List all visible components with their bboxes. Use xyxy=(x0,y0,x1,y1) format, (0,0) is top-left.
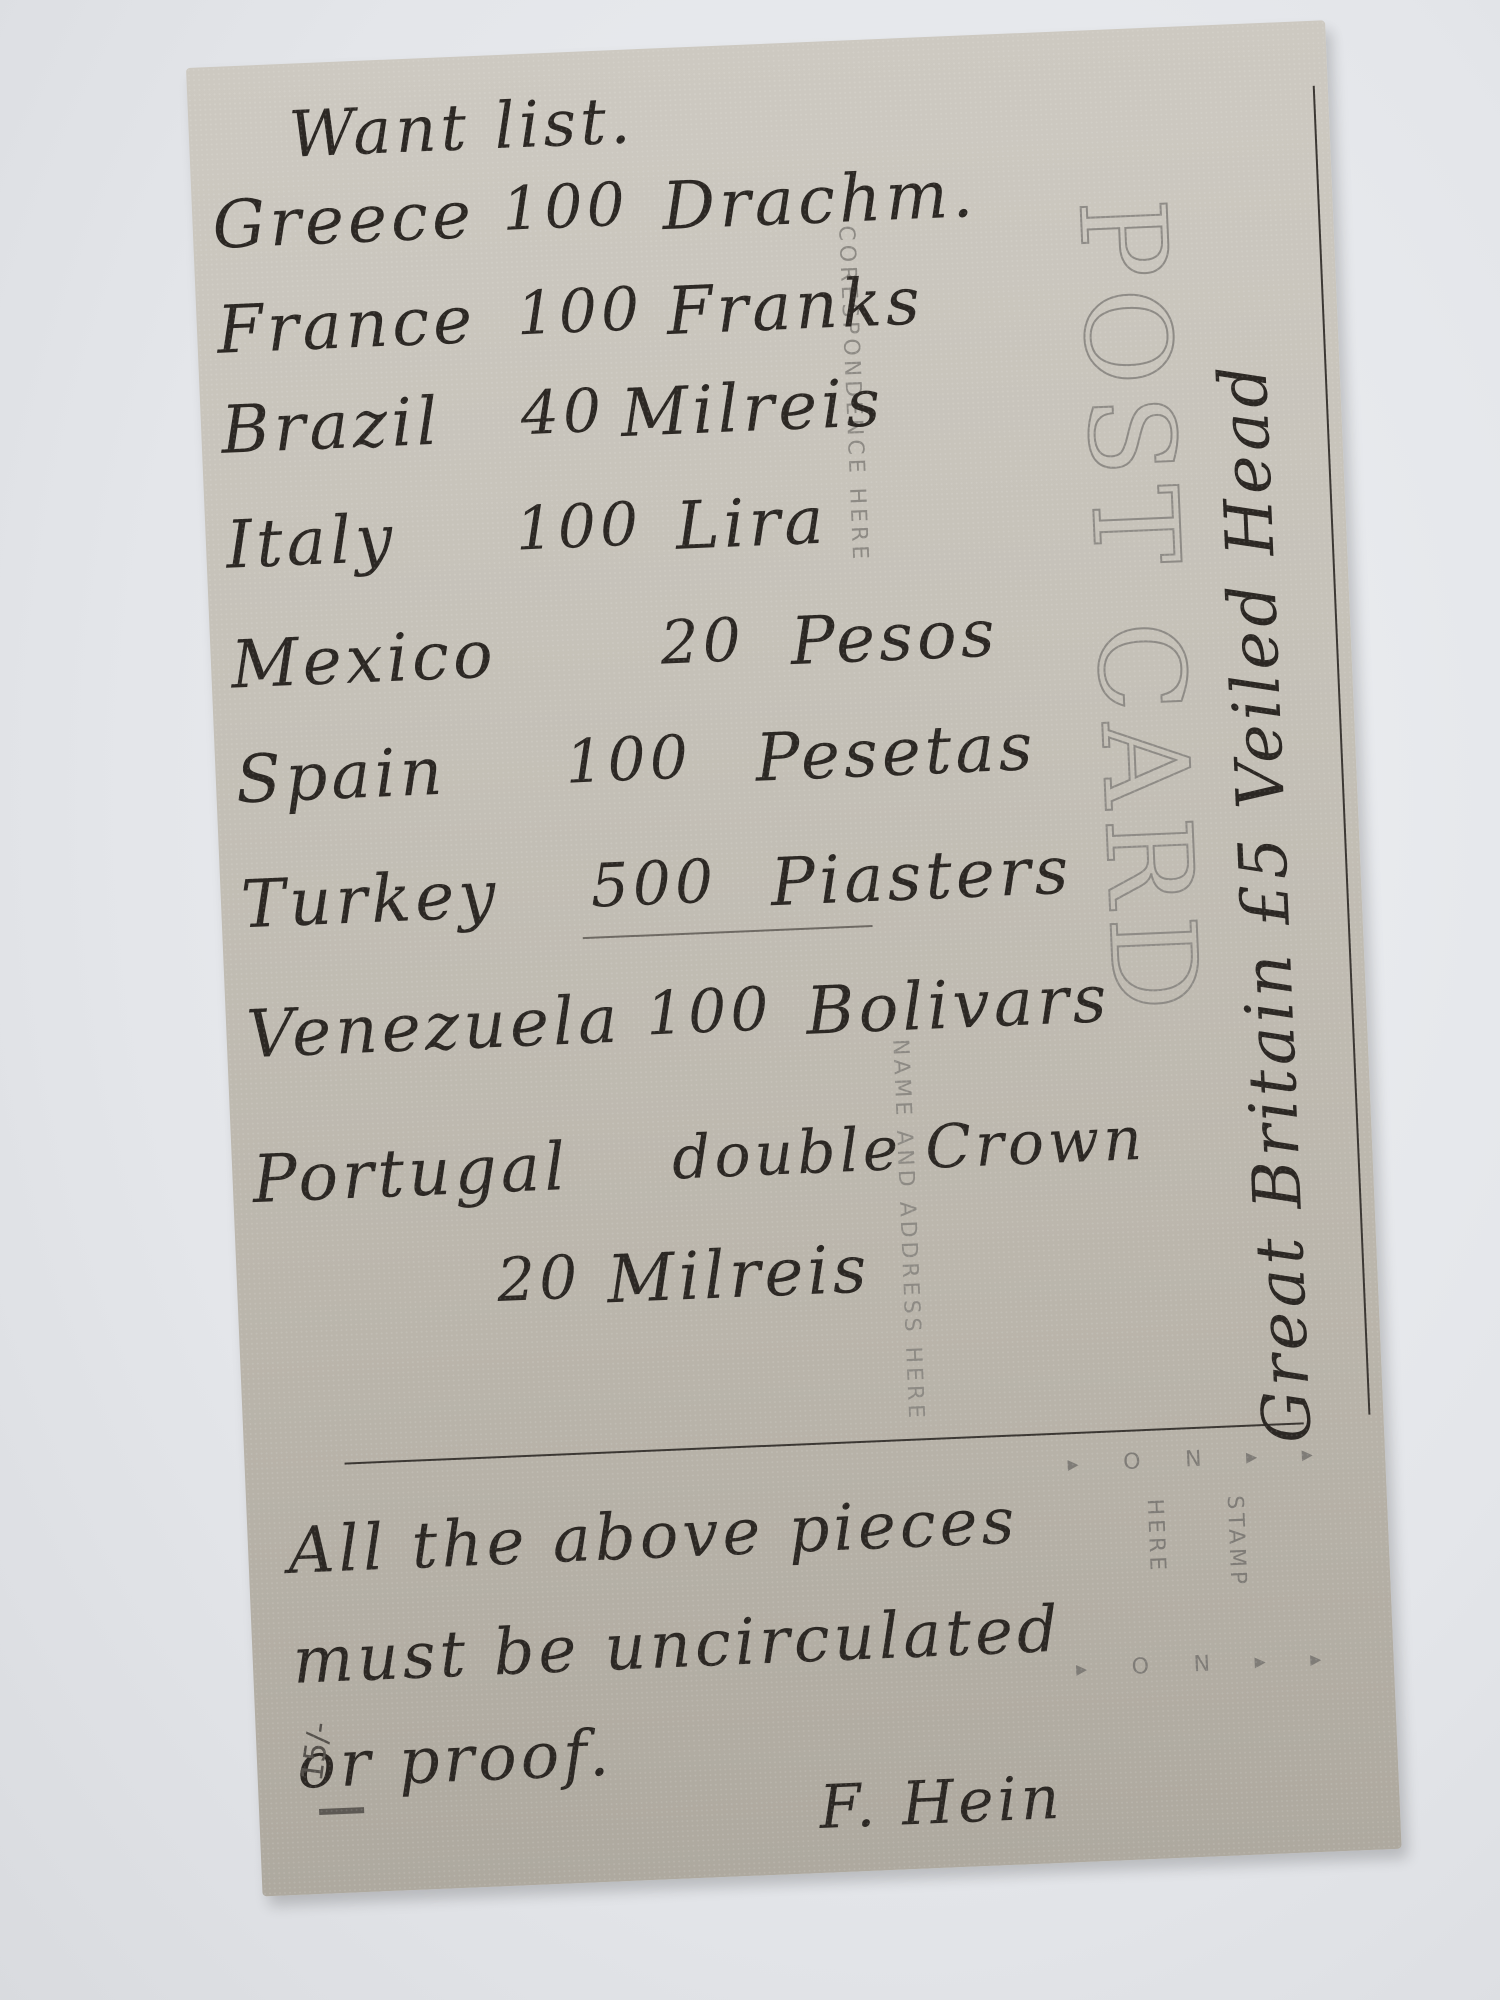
country: Mexico xyxy=(229,616,498,704)
unit: Bolivars xyxy=(804,960,1111,1050)
country: France xyxy=(215,281,477,369)
unit: Pesos xyxy=(789,595,1000,681)
unit: Milreis xyxy=(606,1230,872,1318)
stamp-border-top: ▸ O N ▸ ▸ xyxy=(1045,1441,1336,1478)
unit: Franks xyxy=(665,262,925,350)
amount: double Crown xyxy=(671,1104,1148,1194)
country: Brazil xyxy=(220,383,443,469)
country: Spain xyxy=(234,733,447,819)
stamp-border-bottom: ▸ O N ▸ ▸ xyxy=(1053,1646,1344,1683)
unit: Pesetas xyxy=(754,708,1038,797)
country: Turkey xyxy=(239,856,500,944)
stamp-text-here: HERE xyxy=(1142,1498,1170,1575)
unit: Drachm. xyxy=(661,155,979,245)
address-divider-line xyxy=(1313,86,1371,1415)
amount: 20 xyxy=(496,1243,583,1316)
country: Greece xyxy=(211,176,476,264)
country: Portugal xyxy=(251,1128,571,1218)
amount: 20 xyxy=(659,605,746,678)
footer-line: All the above pieces xyxy=(287,1484,1020,1589)
signature: F. Hein xyxy=(818,1763,1065,1843)
amount: 100 xyxy=(564,722,693,797)
unit: Piasters xyxy=(769,832,1074,922)
amount: 100 xyxy=(515,274,644,349)
stamp-box: ▸ O N ▸ ▸ HERE STAMP ▸ O N ▸ ▸ xyxy=(1045,1441,1344,1683)
country: Italy xyxy=(224,500,397,584)
footer-line: must be uncirculated xyxy=(291,1593,1063,1699)
pencil-underline xyxy=(319,1807,364,1815)
amount: 40 xyxy=(519,376,606,449)
country: Venezuela xyxy=(245,981,623,1074)
amount: 100 xyxy=(501,170,630,245)
stamp-text-stamp: STAMP xyxy=(1222,1495,1251,1589)
amount: 500 xyxy=(589,847,718,922)
amount: 100 xyxy=(645,974,774,1049)
amount: 100 xyxy=(514,489,643,564)
list-item: Venezuela 100 Bolivars xyxy=(245,954,1249,1106)
unit: Milreis xyxy=(619,364,885,452)
postcard: Want list. CORESPONDENCE HERE NAME AND A… xyxy=(186,20,1402,1896)
footer-line: or proof. xyxy=(296,1717,615,1804)
unit: Lira xyxy=(674,482,829,565)
want-list-title: Want list. xyxy=(287,84,635,172)
